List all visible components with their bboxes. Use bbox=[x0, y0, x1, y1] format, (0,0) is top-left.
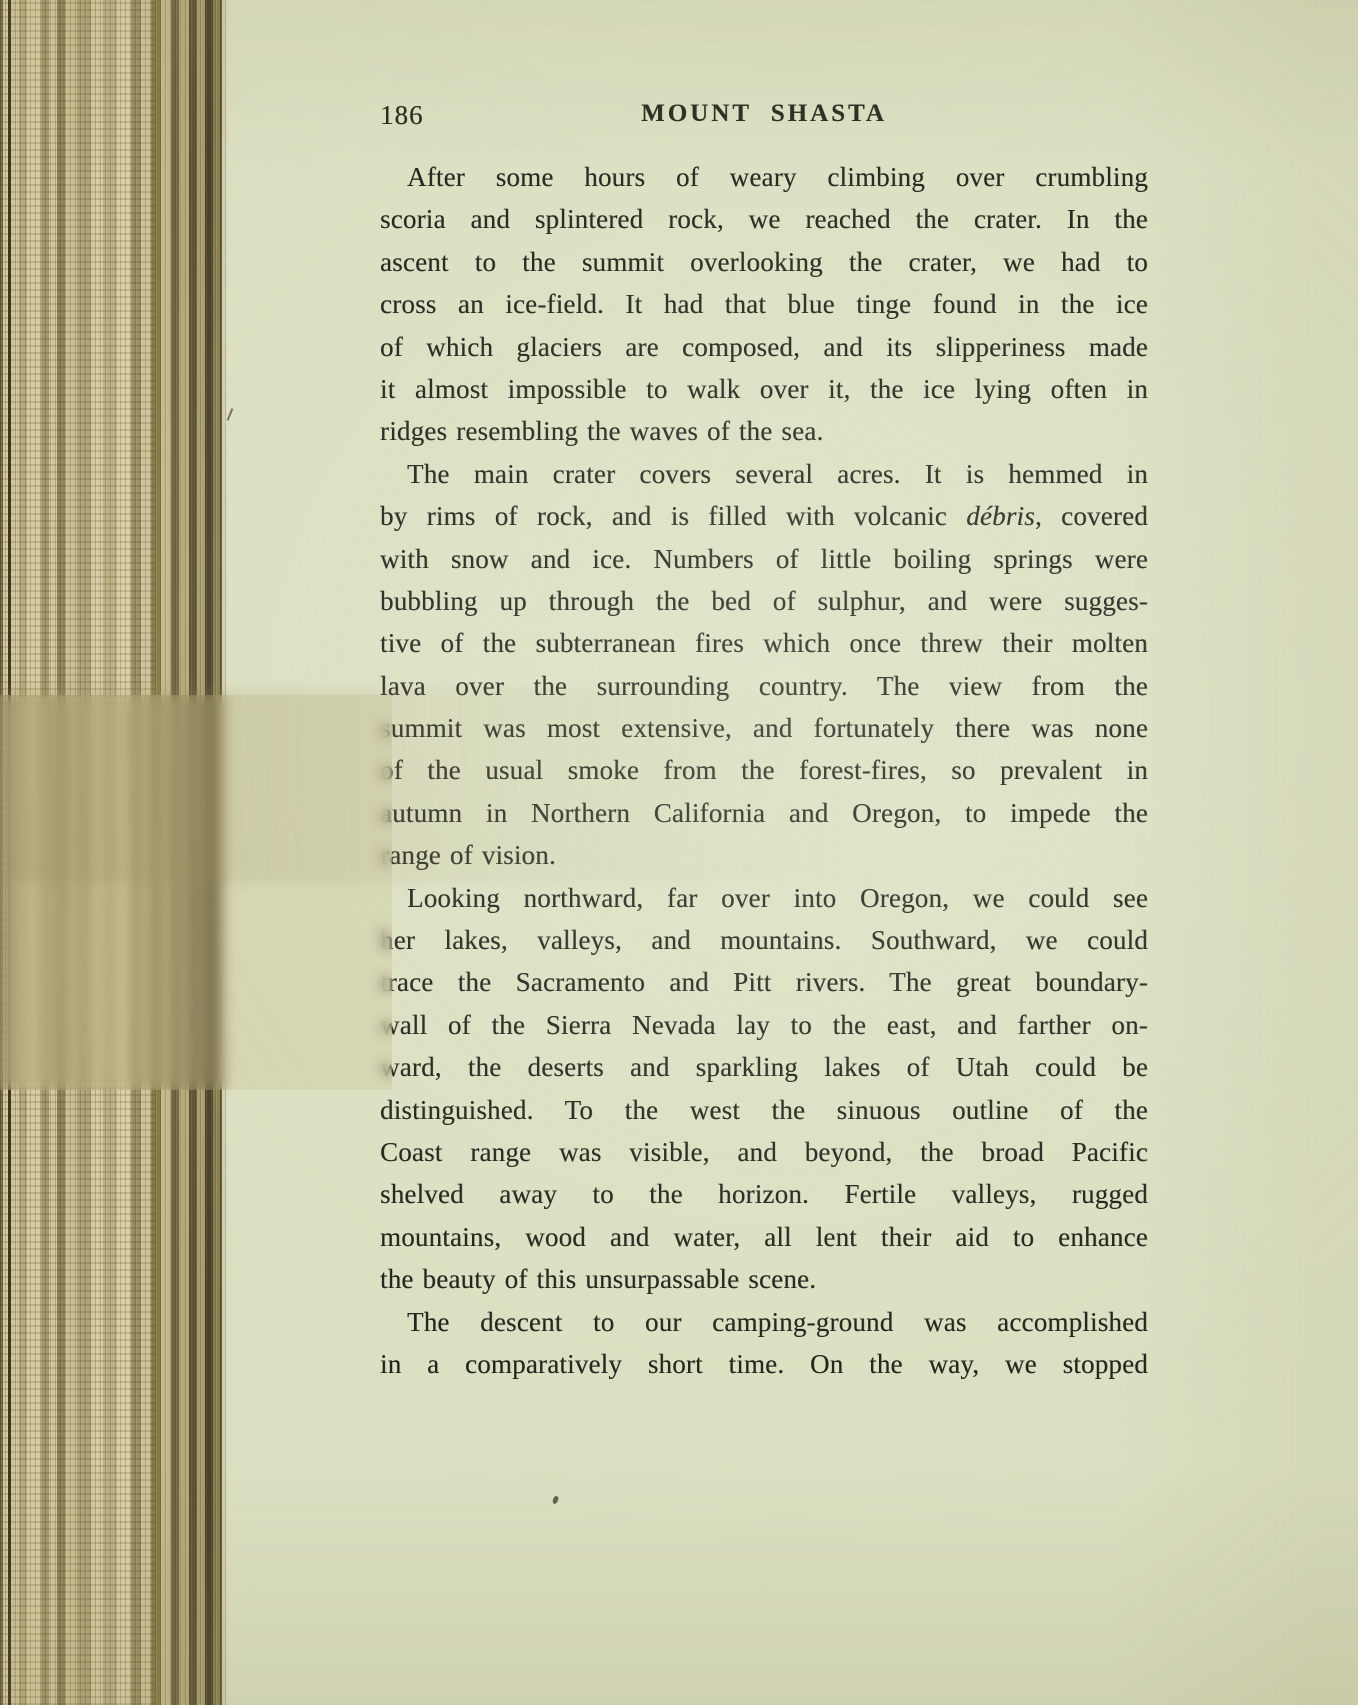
text-line: The main crater covers several acres. It… bbox=[380, 453, 1148, 495]
text-line: After some hours of weary climbing over … bbox=[380, 156, 1148, 198]
text-line: The descent to our camping-ground was ac… bbox=[380, 1301, 1148, 1343]
text-line: Coast range was visible, and beyond, the… bbox=[380, 1131, 1148, 1173]
book-scan: 186 MOUNT SHASTA After some hours of wea… bbox=[0, 0, 1358, 1705]
text-line: wall of the Sierra Nevada lay to the eas… bbox=[380, 1004, 1148, 1046]
page-text: After some hours of weary climbing over … bbox=[380, 156, 1148, 1385]
text-segment: , covered bbox=[1035, 501, 1148, 531]
text-line: of which glaciers are composed, and its … bbox=[380, 326, 1148, 368]
text-line: it almost impossible to walk over it, th… bbox=[380, 368, 1148, 410]
text-line: ascent to the summit overlooking the cra… bbox=[380, 241, 1148, 283]
text-line: shelved away to the horizon. Fertile val… bbox=[380, 1173, 1148, 1215]
ink-speck bbox=[552, 1495, 559, 1504]
text-line: ward, the deserts and sparkling lakes of… bbox=[380, 1046, 1148, 1088]
text-line: distinguished. To the west the sinuous o… bbox=[380, 1089, 1148, 1131]
text-line: bubbling up through the bed of sulphur, … bbox=[380, 580, 1148, 622]
text-line: range of vision. bbox=[380, 834, 1148, 876]
text-line: in a comparatively short time. On the wa… bbox=[380, 1343, 1148, 1385]
italic-word: débris bbox=[966, 501, 1035, 531]
text-line: the beauty of this unsurpassable scene. bbox=[380, 1258, 1148, 1300]
text-line: cross an ice-field. It had that blue tin… bbox=[380, 283, 1148, 325]
scan-smear-patch bbox=[0, 695, 392, 1090]
text-line: autumn in Northern California and Oregon… bbox=[380, 792, 1148, 834]
text-line: lava over the surrounding country. The v… bbox=[380, 665, 1148, 707]
text-line: by rims of rock, and is filled with volc… bbox=[380, 495, 1148, 537]
text-line: with snow and ice. Numbers of little boi… bbox=[380, 538, 1148, 580]
text-line: scoria and splintered rock, we reached t… bbox=[380, 198, 1148, 240]
text-line: tive of the subterranean fires which onc… bbox=[380, 622, 1148, 664]
text-line: mountains, wood and water, all lent thei… bbox=[380, 1216, 1148, 1258]
text-line: summit was most extensive, and fortunate… bbox=[380, 707, 1148, 749]
text-line: Looking northward, far over into Oregon,… bbox=[380, 877, 1148, 919]
text-line: of the usual smoke from the forest-fires… bbox=[380, 749, 1148, 791]
text-line: ridges resembling the waves of the sea. bbox=[380, 410, 1148, 452]
text-line: trace the Sacramento and Pitt rivers. Th… bbox=[380, 961, 1148, 1003]
text-segment: by rims of rock, and is filled with volc… bbox=[380, 501, 966, 531]
running-head: 186 MOUNT SHASTA bbox=[380, 98, 1148, 134]
text-line: her lakes, valleys, and mountains. South… bbox=[380, 919, 1148, 961]
page-title: MOUNT SHASTA bbox=[380, 98, 1148, 128]
page-number: 186 bbox=[380, 100, 424, 131]
